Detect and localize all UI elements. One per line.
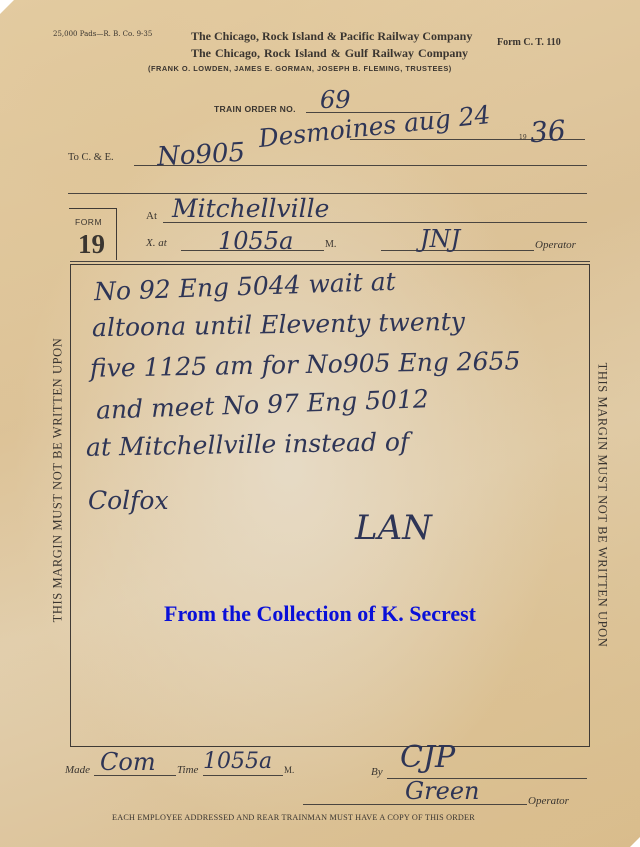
m-label: M. [325, 239, 336, 250]
at-label: At [146, 210, 157, 222]
torn-corner [630, 837, 640, 847]
copy-notice: EACH EMPLOYEE ADDRESSED AND REAR TRAINMA… [112, 813, 475, 822]
train-order-paper: 25,000 Pads—R. B. Co. 9-35 The Chicago, … [0, 0, 640, 847]
torn-corner [0, 0, 14, 14]
by-value: CJP [400, 740, 455, 775]
train-order-label: TRAIN ORDER NO. [214, 104, 296, 114]
footer-m-label: M. [284, 765, 294, 775]
x-at-value: 1055a [218, 227, 293, 255]
time-line [203, 775, 283, 776]
operator-label: Operator [535, 239, 576, 251]
company-line-1: The Chicago, Rock Island & Pacific Railw… [191, 29, 472, 44]
train-order-number: 69 [320, 86, 351, 114]
x-at-label: X. at [146, 237, 167, 249]
operator-initials: JNJ [420, 225, 460, 253]
print-note: 25,000 Pads—R. B. Co. 9-35 [53, 30, 152, 38]
order-text-line-5: at Mitchellville instead of [86, 427, 410, 462]
double-rule [70, 261, 590, 262]
to-label: To C. & E. [68, 152, 114, 163]
trustees-line: (FRANK O. LOWDEN, JAMES E. GORMAN, JOSEP… [148, 64, 452, 73]
form-number: 19 [78, 229, 105, 260]
form-id: Form C. T. 110 [497, 37, 561, 48]
time-value: 1055a [203, 749, 272, 774]
operator-signature: Green [405, 777, 480, 805]
time-label: Time [177, 764, 198, 776]
year-prefix: 19 [519, 134, 527, 141]
made-value: Com [100, 748, 156, 776]
made-label: Made [65, 764, 90, 776]
form-label: FORM [75, 217, 102, 227]
collection-watermark: From the Collection of K. Secrest [0, 601, 640, 627]
dispatcher-signature: LAN [355, 508, 432, 548]
footer-operator-label: Operator [528, 795, 569, 807]
order-text-line-6: Colfox [88, 486, 169, 515]
at-value: Mitchellville [172, 194, 329, 223]
company-line-2: The Chicago, Rock Island & Gulf Railway … [191, 46, 468, 61]
year-value: 36 [529, 114, 567, 149]
left-margin-warning: THIS MARGIN MUST NOT BE WRITTEN UPON [51, 338, 66, 623]
to-value: No905 [156, 138, 245, 173]
by-label: By [371, 766, 383, 778]
